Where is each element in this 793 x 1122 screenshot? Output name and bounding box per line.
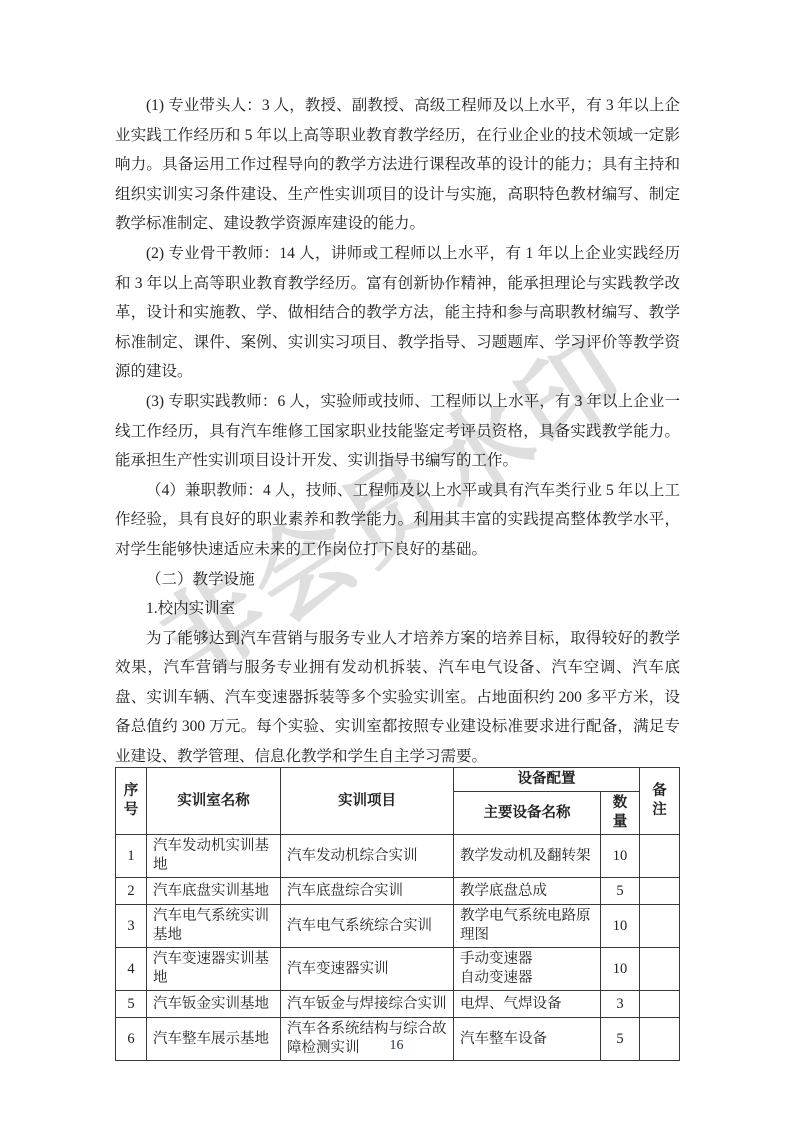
header-col-equipment-group: 设备配置	[454, 768, 640, 792]
cell-room: 汽车发动机实训基地	[147, 835, 281, 878]
cell-equipment: 教学电气系统电路原理图	[454, 905, 601, 948]
cell-project: 汽车电气系统综合实训	[281, 905, 454, 948]
cell-note	[640, 948, 680, 991]
cell-room: 汽车钣金实训基地	[147, 991, 281, 1018]
table-row: 3 汽车电气系统实训基地 汽车电气系统综合实训 教学电气系统电路原理图 10	[116, 905, 680, 948]
cell-no: 3	[116, 905, 147, 948]
cell-equipment: 电焊、气焊设备	[454, 991, 601, 1018]
header-col-room: 实训室名称	[147, 768, 281, 835]
cell-note	[640, 835, 680, 878]
paragraph-parttime-teachers: （4）兼职教师：4 人，技师、工程师及以上水平或具有汽车类行业 5 年以上工作经…	[115, 476, 680, 565]
header-col-no: 序号	[116, 768, 147, 835]
cell-project: 汽车变速器实训	[281, 948, 454, 991]
cell-equipment: 教学底盘总成	[454, 878, 601, 905]
cell-note	[640, 878, 680, 905]
cell-note	[640, 991, 680, 1018]
training-rooms-table: 序号 实训室名称 实训项目 设备配置 备注 主要设备名称 数量 1 汽车发动机实…	[115, 767, 680, 1061]
paragraph-practice-teachers: (3) 专职实践教师：6 人，实验师或技师、工程师以上水平，有 3 年以上企业一…	[115, 387, 680, 476]
section-heading-teaching-facilities: （二）教学设施	[115, 565, 680, 595]
cell-project: 汽车钣金与焊接综合实训	[281, 991, 454, 1018]
header-col-note: 备注	[640, 768, 680, 835]
cell-no: 1	[116, 835, 147, 878]
cell-room: 汽车变速器实训基地	[147, 948, 281, 991]
cell-no: 4	[116, 948, 147, 991]
cell-qty: 5	[601, 878, 640, 905]
cell-qty: 3	[601, 991, 640, 1018]
header-col-project: 实训项目	[281, 768, 454, 835]
cell-equipment: 手动变速器 自动变速器	[454, 948, 601, 991]
cell-project: 汽车发动机综合实训	[281, 835, 454, 878]
cell-qty: 10	[601, 948, 640, 991]
cell-note	[640, 905, 680, 948]
table-row: 5 汽车钣金实训基地 汽车钣金与焊接综合实训 电焊、气焊设备 3	[116, 991, 680, 1018]
header-col-equipment-name: 主要设备名称	[454, 792, 601, 835]
cell-qty: 10	[601, 905, 640, 948]
cell-equipment: 教学发动机及翻转架	[454, 835, 601, 878]
table-header-row-1: 序号 实训室名称 实训项目 设备配置 备注	[116, 768, 680, 792]
cell-room: 汽车底盘实训基地	[147, 878, 281, 905]
subsection-heading-campus-training-rooms: 1.校内实训室	[115, 594, 680, 624]
page-number: 16	[0, 1038, 793, 1054]
table-row: 2 汽车底盘实训基地 汽车底盘综合实训 教学底盘总成 5	[116, 878, 680, 905]
cell-qty: 10	[601, 835, 640, 878]
document-body: (1) 专业带头人：3 人，教授、副教授、高级工程师及以上水平，有 3 年以上企…	[115, 91, 680, 772]
cell-no: 5	[116, 991, 147, 1018]
cell-no: 2	[116, 878, 147, 905]
paragraph-leader-teacher: (1) 专业带头人：3 人，教授、副教授、高级工程师及以上水平，有 3 年以上企…	[115, 91, 680, 239]
table-row: 4 汽车变速器实训基地 汽车变速器实训 手动变速器 自动变速器 10	[116, 948, 680, 991]
paragraph-backbone-teachers: (2) 专业骨干教师：14 人，讲师或工程师以上水平，有 1 年以上企业实践经历…	[115, 239, 680, 387]
table-row: 1 汽车发动机实训基地 汽车发动机综合实训 教学发动机及翻转架 10	[116, 835, 680, 878]
document-page: 非会员水印 (1) 专业带头人：3 人，教授、副教授、高级工程师及以上水平，有 …	[0, 0, 793, 1122]
paragraph-training-rooms-overview: 为了能够达到汽车营销与服务专业人才培养方案的培养目标，取得较好的教学效果，汽车营…	[115, 624, 680, 772]
cell-room: 汽车电气系统实训基地	[147, 905, 281, 948]
cell-project: 汽车底盘综合实训	[281, 878, 454, 905]
header-col-qty: 数量	[601, 792, 640, 835]
